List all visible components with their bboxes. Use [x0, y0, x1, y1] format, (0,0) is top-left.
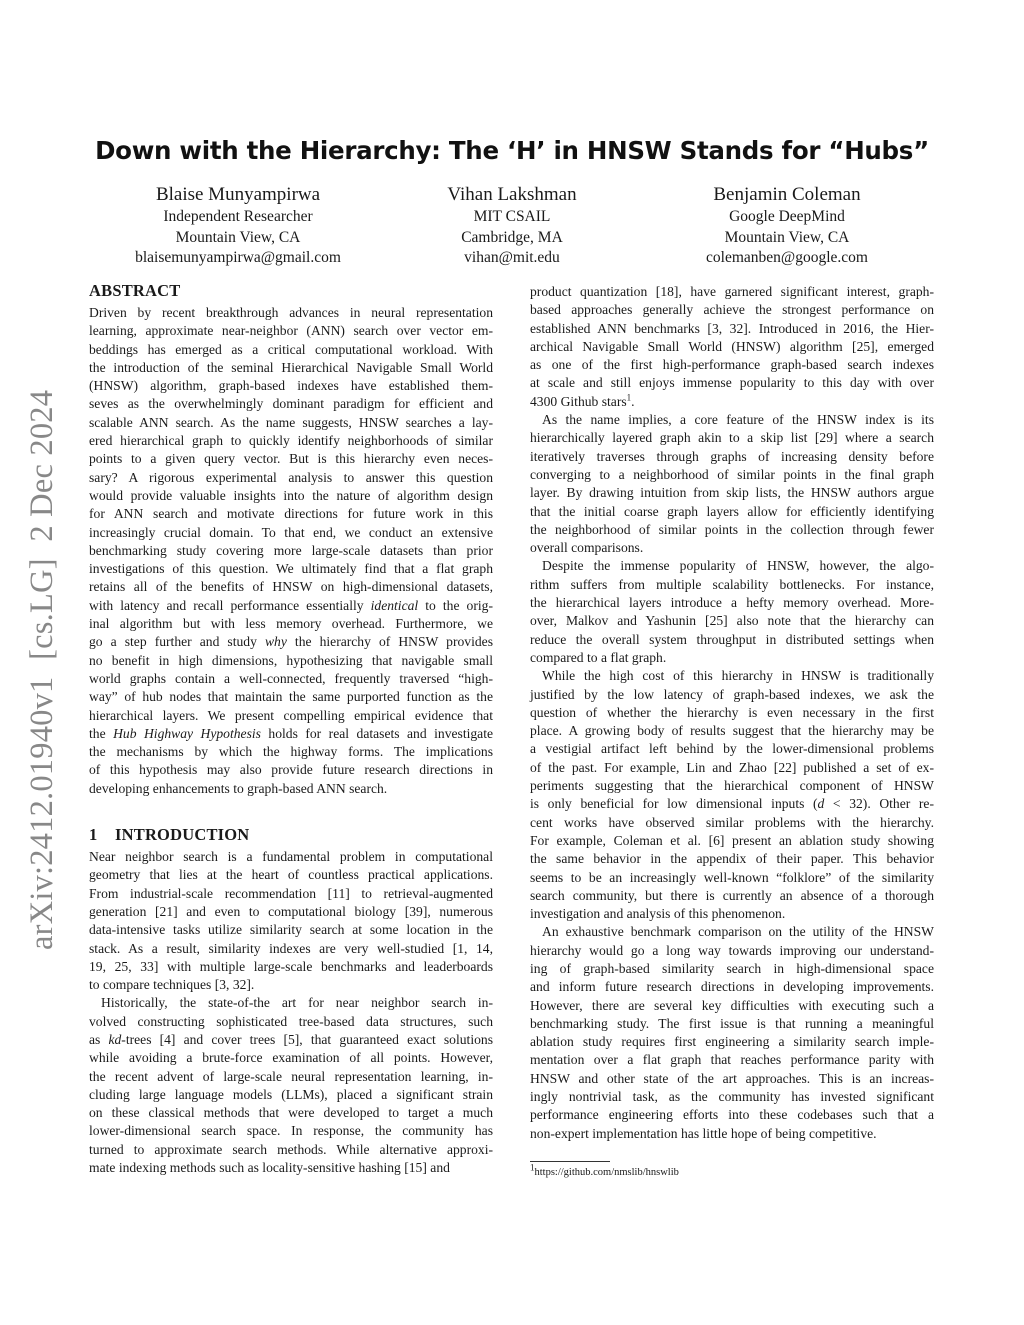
paper-title: Down with the Hierarchy: The ‘H’ in HNSW…: [0, 136, 1024, 165]
text-line: the recent advent of large-scale neural …: [89, 1068, 493, 1086]
text-line: the same behavior in the appendix of the…: [530, 850, 934, 868]
text-line: ingly nontrivial task, as the community …: [530, 1088, 934, 1106]
text-line: based approaches generally achieve the s…: [530, 301, 934, 319]
text-line: An exhaustive benchmark comparison on th…: [530, 923, 934, 941]
text-line: Historically, the state-of-the art for n…: [89, 994, 493, 1012]
text-line: volved constructing sophisticated tree-b…: [89, 1013, 493, 1031]
text-line: for ANN search and motivate directions f…: [89, 505, 493, 523]
text-line: a vestigial artifact left behind by the …: [530, 740, 934, 758]
text-line: sary? A rigorous experimental analysis t…: [89, 469, 493, 487]
text-line: beddings has emerged as a critical compu…: [89, 341, 493, 359]
text-line: way” of hub nodes that maintain the same…: [89, 688, 493, 706]
text-line: mate indexing methods such as locality-s…: [89, 1159, 493, 1177]
text-line: 4300 Github stars1.: [530, 393, 934, 411]
text-line: investigations of this question. We ulti…: [89, 560, 493, 578]
text-line: HNSW and other state of the art approach…: [530, 1070, 934, 1088]
text-line: cent works have observed similar problem…: [530, 814, 934, 832]
introduction-body-right: product quantization [18], have garnered…: [530, 283, 934, 1143]
text-line: 19, 25, 33] with multiple large-scale be…: [89, 958, 493, 976]
text-line: search community, but there is currently…: [530, 887, 934, 905]
text-line: periments suggesting that the hierarchic…: [530, 777, 934, 795]
section-title: INTRODUCTION: [115, 825, 249, 844]
author-location: Cambridge, MA: [362, 228, 662, 249]
text-line: Driven by recent breakthrough advances i…: [89, 304, 493, 322]
text-line: is only beneficial for low dimensional i…: [530, 795, 934, 813]
introduction-body-left: Near neighbor search is a fundamental pr…: [89, 848, 493, 1177]
author-name: Blaise Munyampirwa: [88, 183, 388, 207]
text-line: of this hypothesis may also provide futu…: [89, 761, 493, 779]
text-line: the mechanisms by which the highway form…: [89, 743, 493, 761]
right-column: product quantization [18], have garnered…: [530, 283, 934, 1179]
author-location: Mountain View, CA: [637, 228, 937, 249]
text-line: that the initial coarse graph layers all…: [530, 503, 934, 521]
abstract-body: Driven by recent breakthrough advances i…: [89, 304, 493, 798]
author-2: Vihan Lakshman MIT CSAIL Cambridge, MA v…: [362, 183, 662, 269]
text-line: Despite the immense popularity of HNSW, …: [530, 557, 934, 575]
text-line: benchmarking study. The first issue is t…: [530, 1015, 934, 1033]
text-line: the neighborhood of similar points in th…: [530, 521, 934, 539]
footnote-divider: [530, 1161, 610, 1162]
text-line: investigation and analysis of this pheno…: [530, 905, 934, 923]
text-line: hierarchically layered graph akin to a s…: [530, 429, 934, 447]
text-line: at scale and still enjoys immense popula…: [530, 374, 934, 392]
text-line: For example, Coleman et al. [6] present …: [530, 832, 934, 850]
text-line: reduce the overall system throughput in …: [530, 631, 934, 649]
text-line: However, there are several key difficult…: [530, 997, 934, 1015]
text-line: overall comparisons.: [530, 539, 934, 557]
text-line: question of whether the hierarchy is eve…: [530, 704, 934, 722]
text-line: hierarchy would go a long way towards im…: [530, 942, 934, 960]
text-line: ered hierarchical graph to quickly ident…: [89, 432, 493, 450]
text-line: Near neighbor search is a fundamental pr…: [89, 848, 493, 866]
text-line: seems to be an increasingly well-known “…: [530, 869, 934, 887]
text-line: benchmarking study covering more large-s…: [89, 542, 493, 560]
text-line: geometry that lies at the heart of count…: [89, 866, 493, 884]
footnote-link[interactable]: https://github.com/nmslib/hnswlib: [535, 1167, 679, 1178]
text-line: learning, approximate near-neighbor (ANN…: [89, 322, 493, 340]
author-name: Vihan Lakshman: [362, 183, 662, 207]
text-line: increasingly crucial domain. To that end…: [89, 524, 493, 542]
author-email: vihan@mit.edu: [362, 248, 662, 269]
text-line: converging to a neighborhood of similar …: [530, 466, 934, 484]
text-line: iteratively traverses through graphs of …: [530, 448, 934, 466]
author-name: Benjamin Coleman: [637, 183, 937, 207]
text-line: ing of graph-based similarity search in …: [530, 960, 934, 978]
text-line: As the name implies, a core feature of t…: [530, 411, 934, 429]
text-line: developing enhancements to graph-based A…: [89, 780, 493, 798]
footnote: 1https://github.com/nmslib/hnswlib: [530, 1166, 934, 1179]
text-line: the Hub Highway Hypothesis holds for rea…: [89, 725, 493, 743]
text-line: no benefit in high dimensions, hypothesi…: [89, 652, 493, 670]
text-line: ablation study requires first engineerin…: [530, 1033, 934, 1051]
text-line: world graphs contain a well-connected, f…: [89, 670, 493, 688]
text-line: While the high cost of this hierarchy in…: [530, 667, 934, 685]
text-line: on these classical methods that were dev…: [89, 1104, 493, 1122]
text-line: as one of the first high-performance gra…: [530, 356, 934, 374]
text-line: the introduction of the seminal Hierarch…: [89, 359, 493, 377]
text-line: go a step further and study why the hier…: [89, 633, 493, 651]
text-line: to compare techniques [3, 32].: [89, 976, 493, 994]
introduction-heading: 1INTRODUCTION: [89, 825, 493, 845]
text-line: justified by the low latency of graph-ba…: [530, 686, 934, 704]
text-line: rithm suffers from multiple scalability …: [530, 576, 934, 594]
section-number: 1: [89, 825, 115, 845]
text-line: would provide valuable insights into the…: [89, 487, 493, 505]
text-line: generation [21] and even to computationa…: [89, 903, 493, 921]
text-line: performance engineering efforts into the…: [530, 1106, 934, 1124]
text-line: From industrial-scale recommendation [11…: [89, 885, 493, 903]
author-affiliation: Independent Researcher: [88, 207, 388, 228]
text-line: and inform future research directions in…: [530, 978, 934, 996]
abstract-heading: ABSTRACT: [89, 281, 493, 301]
text-line: as kd-trees [4] and cover trees [5], tha…: [89, 1031, 493, 1049]
text-line: place. A growing body of results suggest…: [530, 722, 934, 740]
text-line: hierarchical layers. We present compelli…: [89, 707, 493, 725]
text-line: while avoiding a brute-force examination…: [89, 1049, 493, 1067]
text-line: data-intensive tasks utilize similarity …: [89, 921, 493, 939]
text-line: cluding large language models (LLMs), pl…: [89, 1086, 493, 1104]
text-line: (HNSW) algorithm, graph-based indexes ha…: [89, 377, 493, 395]
text-line: product quantization [18], have garnered…: [530, 283, 934, 301]
author-3: Benjamin Coleman Google DeepMind Mountai…: [637, 183, 937, 269]
text-line: the hierarchical layers introduce a heft…: [530, 594, 934, 612]
text-line: with latency and recall performance esse…: [89, 597, 493, 615]
text-line: seves as the overwhelmingly dominant par…: [89, 395, 493, 413]
author-email: blaisemunyampirwa@gmail.com: [88, 248, 388, 269]
text-line: lower-dimensional search space. In respo…: [89, 1122, 493, 1140]
text-line: compared to a flat graph.: [530, 649, 934, 667]
author-1: Blaise Munyampirwa Independent Researche…: [88, 183, 388, 269]
left-column: ABSTRACT Driven by recent breakthrough a…: [89, 281, 493, 1177]
text-line: retains all of the benefits of HNSW on h…: [89, 578, 493, 596]
text-line: archical Navigable Small World (HNSW) al…: [530, 338, 934, 356]
text-line: of the past. For example, Lin and Zhao […: [530, 759, 934, 777]
text-line: scalable ANN search. As the name suggest…: [89, 414, 493, 432]
text-line: inal algorithm but with less memory over…: [89, 615, 493, 633]
text-line: non-expert implementation has little hop…: [530, 1125, 934, 1143]
text-line: stack. As a result, similarity indexes a…: [89, 940, 493, 958]
text-line: points to a given query vector. But is t…: [89, 450, 493, 468]
author-email: colemanben@google.com: [637, 248, 937, 269]
text-line: turned to approximate search methods. Wh…: [89, 1141, 493, 1159]
arxiv-stamp: arXiv:2412.01940v1 [cs.LG] 2 Dec 2024: [24, 390, 61, 950]
text-line: over, Malkov and Yashunin [25] also note…: [530, 612, 934, 630]
text-line: layer. By drawing intuition from skip li…: [530, 484, 934, 502]
author-location: Mountain View, CA: [88, 228, 388, 249]
author-affiliation: MIT CSAIL: [362, 207, 662, 228]
author-affiliation: Google DeepMind: [637, 207, 937, 228]
text-line: established ANN benchmarks [3, 32]. Intr…: [530, 320, 934, 338]
text-line: mentation over a flat graph that reaches…: [530, 1051, 934, 1069]
